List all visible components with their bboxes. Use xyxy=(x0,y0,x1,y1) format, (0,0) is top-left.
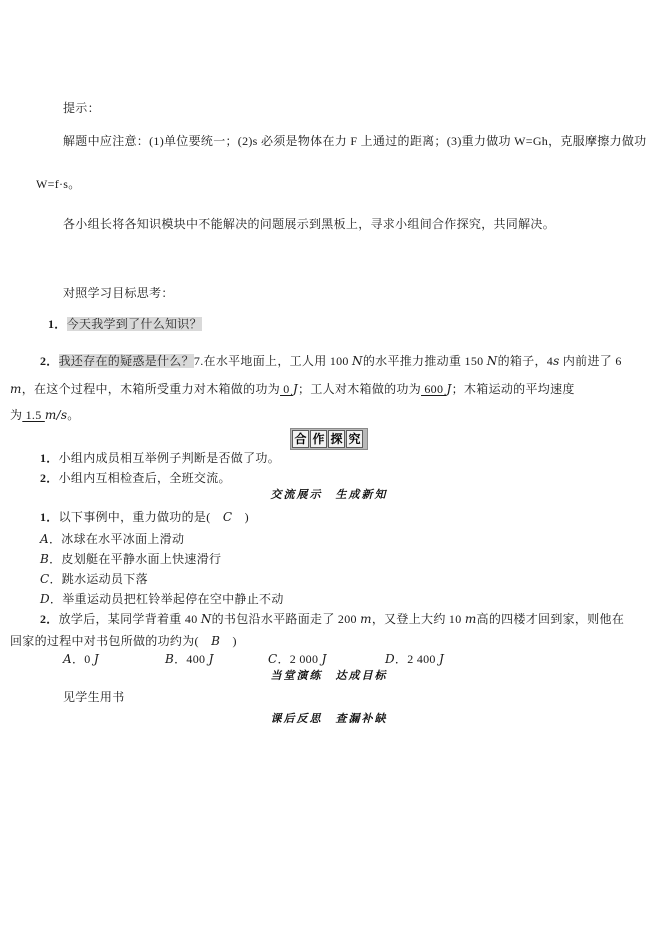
quiz-question-2-line2: 回家的过程中对书包所做的功约为( B ) xyxy=(10,633,237,649)
quiz-q2-option-a: A．0 J xyxy=(63,651,99,667)
cooperative-inquiry-box: 合 作 探 究 xyxy=(290,428,368,450)
quiz-q2-option-d: D．2 400 J xyxy=(385,651,444,667)
reflect-heading: 对照学习目标思考： xyxy=(63,285,174,301)
quiz-q1-option-b: B．皮划艇在平静水面上快速滑行 xyxy=(40,551,221,567)
quiz-q1-option-a: A．冰球在水平冰面上滑动 xyxy=(40,531,184,547)
coop-char-2: 作 xyxy=(310,430,327,448)
coop-char-4: 究 xyxy=(346,430,363,448)
quiz-question-1: 1．以下事例中，重力做功的是( C ) xyxy=(40,509,249,525)
coop-item-2: 2．小组内互相检查后，全班交流。 xyxy=(40,470,231,486)
reflect-question-1: 1．今天我学到了什么知识？ xyxy=(48,316,202,332)
banner-class-practice: 当堂演练 达成目标 xyxy=(0,668,658,684)
solution-note-line2: W=f·s。 xyxy=(36,176,81,192)
group-task-text: 各小组长将各知识模块中不能解决的问题展示到黑板上，寻求小组间合作探究，共同解决。 xyxy=(63,216,555,232)
fill-blank-question-line2: m，在这个过程中，木箱所受重力对木箱做的功为 0 J；工人对木箱做的功为 600… xyxy=(10,381,575,397)
coop-char-1: 合 xyxy=(292,430,309,448)
quiz-q1-option-d: D．举重运动员把杠铃举起停在空中静止不动 xyxy=(40,591,284,607)
see-student-book-note: 见学生用书 xyxy=(63,689,125,705)
fill-blank-question-line1: 2．我还存在的疑惑是什么？7.在水平地面上，工人用 100 N的水平推力推动重 … xyxy=(40,353,622,369)
coop-char-3: 探 xyxy=(328,430,345,448)
quiz-q1-option-c: C．跳水运动员下落 xyxy=(40,571,148,587)
quiz-q2-option-c: C．2 000 J xyxy=(268,651,327,667)
banner-exchange-display: 交流展示 生成新知 xyxy=(0,487,658,503)
solution-note-line1: 解题中应注意：(1)单位要统一；(2)s 必须是物体在力 F 上通过的距离；(3… xyxy=(63,133,646,149)
quiz-question-2-line1: 2．放学后，某同学背着重 40 N的书包沿水平路面走了 200 m，又登上大约 … xyxy=(40,611,624,627)
quiz-q2-option-b: B．400 J xyxy=(165,651,214,667)
document-page: 提示： 解题中应注意：(1)单位要统一；(2)s 必须是物体在力 F 上通过的距… xyxy=(0,0,658,932)
coop-item-1: 1．小组内成员相互举例子判断是否做了功。 xyxy=(40,450,280,466)
hint-label: 提示： xyxy=(63,100,100,116)
banner-after-class-review: 课后反思 查漏补缺 xyxy=(0,711,658,727)
cooperative-inquiry-header: 合 作 探 究 xyxy=(0,428,658,450)
fill-blank-question-line3: 为 1.5 m/s。 xyxy=(10,407,80,423)
